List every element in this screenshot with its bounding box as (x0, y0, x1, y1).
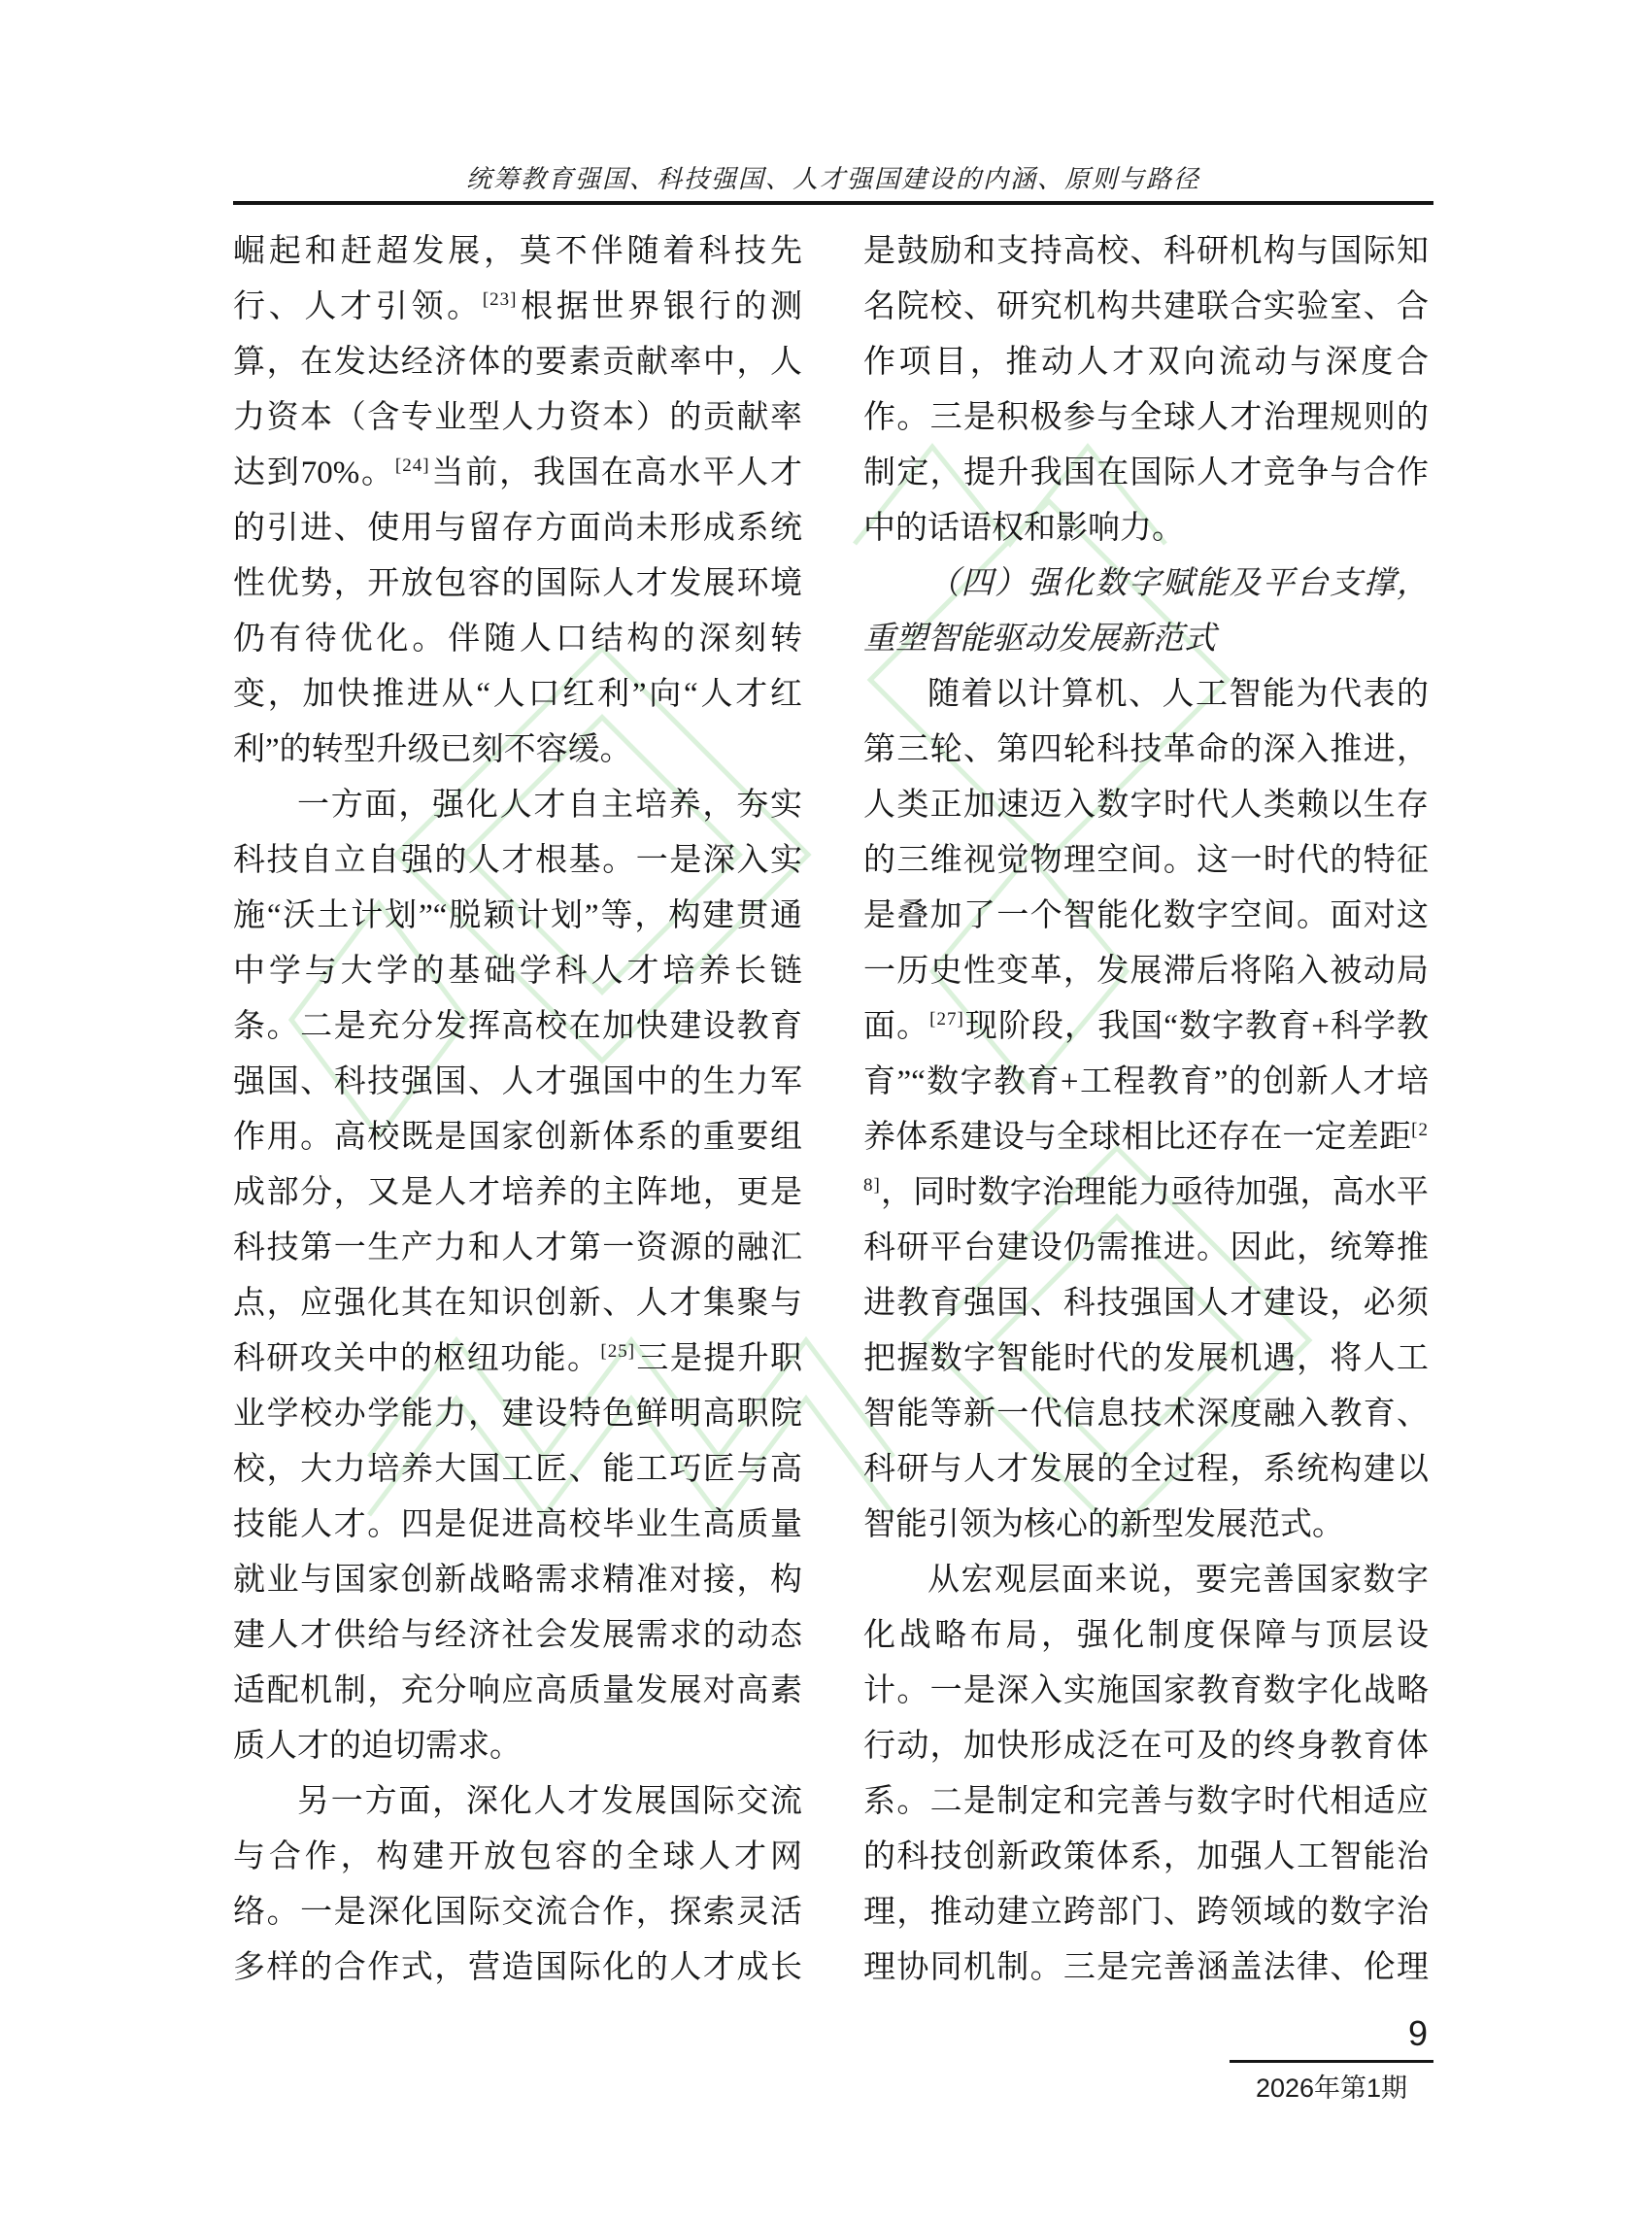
footer-rule (1230, 2060, 1433, 2063)
body-paragraph: 崛起和赶超发展，莫不伴随着科技先行、人才引领。[23]根据世界银行的测算，在发达… (233, 224, 802, 778)
header-rule (233, 201, 1433, 205)
body-paragraph: 从宏观层面来说，要完善国家数字化战略布局，强化制度保障与顶层设计。一是深入实施国… (863, 1553, 1429, 1996)
running-header-title: 统筹教育强国、科技强国、人才强国建设的内涵、原则与路径 (233, 163, 1433, 196)
citation-superscript: [24] (395, 455, 430, 476)
body-paragraph: 一方面，强化人才自主培养，夯实科技自立自强的人才根基。一是深入实施“沃土计划”“… (233, 778, 802, 1774)
body-paragraph: 另一方面，深化人才发展国际交流与合作，构建开放包容的全球人才网络。一是深化国际交… (233, 1774, 802, 1996)
body-paragraph: 是鼓励和支持高校、科研机构与国际知名院校、研究机构共建联合实验室、合作项目，推动… (863, 224, 1429, 556)
citation-superscript: [23] (483, 289, 518, 310)
section-heading: （四）强化数字赋能及平台支撑，重塑智能驱动发展新范式 (863, 556, 1429, 667)
citation-superscript: [27] (929, 1009, 964, 1029)
citation-superscript: [25] (600, 1341, 635, 1362)
body-paragraph: 随着以计算机、人工智能为代表的第三轮、第四轮科技革命的深入推进，人类正加速迈入数… (863, 667, 1429, 1553)
citation-superscript: [28] (863, 1120, 1429, 1196)
right-text-column: 是鼓励和支持高校、科研机构与国际知名院校、研究机构共建联合实验室、合作项目，推动… (863, 224, 1429, 1996)
page-number: 9 (1340, 2012, 1428, 2055)
issue-label: 2026年第1期 (1230, 2071, 1433, 2106)
journal-page: 统筹教育强国、科技强国、人才强国建设的内涵、原则与路径 崛起和赶超发展，莫不伴随… (0, 0, 1652, 2226)
left-text-column: 崛起和赶超发展，莫不伴随着科技先行、人才引领。[23]根据世界银行的测算，在发达… (233, 224, 802, 1996)
